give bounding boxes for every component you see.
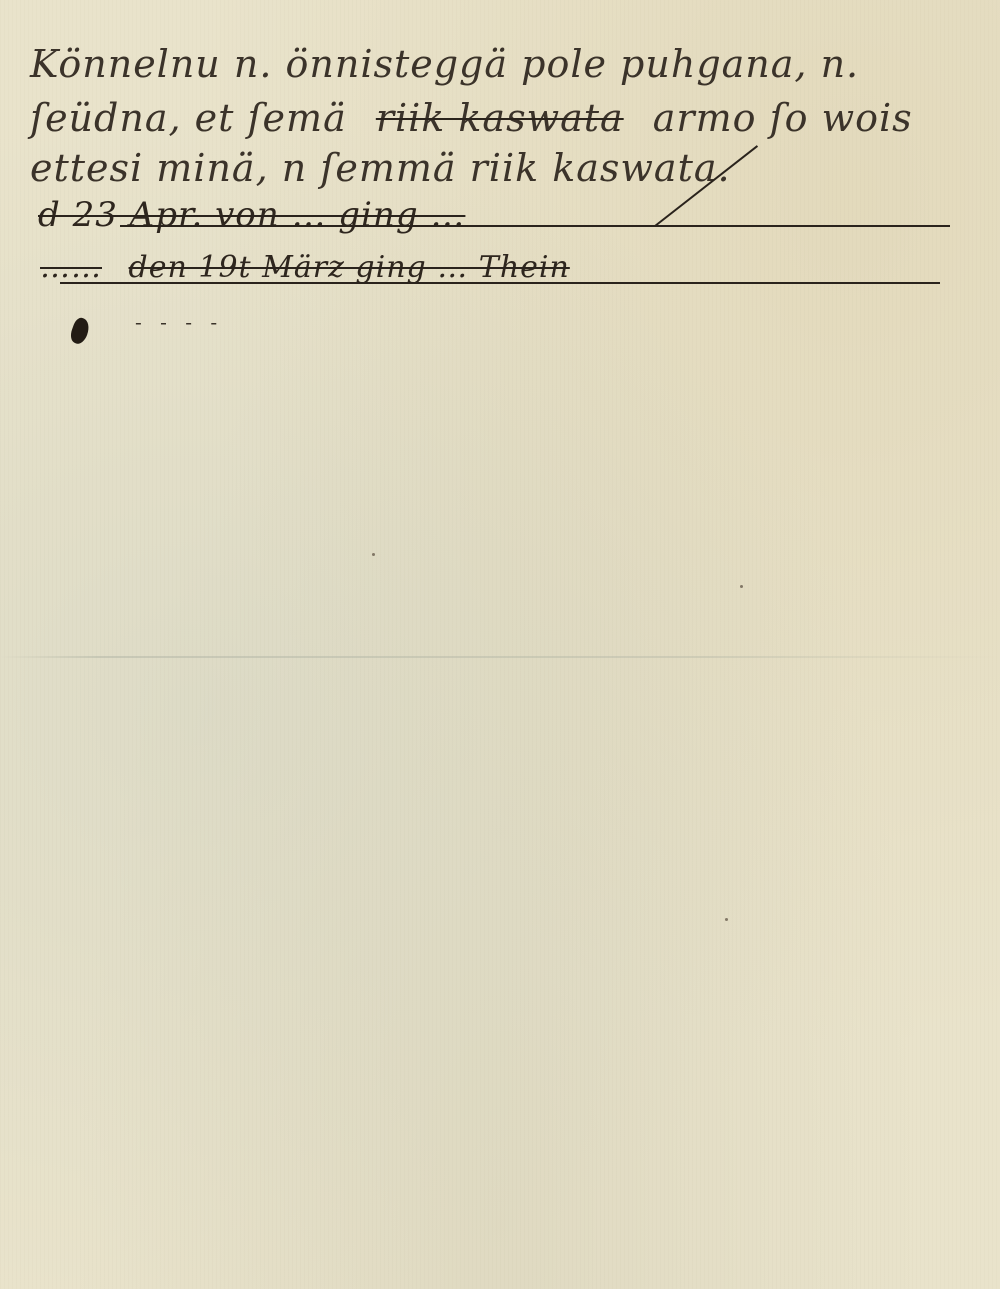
line-2-text-a: ſeüdna, et ſemä <box>30 96 347 140</box>
line-5-struck-text-a: …… <box>40 250 102 285</box>
ink-blot <box>68 316 92 346</box>
line-3-text: ettesi minä, n ſemmä riik kaswata. <box>30 146 731 190</box>
manuscript-line-4-struck: d 23 Apr. von … ging … <box>38 195 481 235</box>
paper-speck <box>740 585 743 588</box>
paper-speck <box>372 553 375 556</box>
manuscript-line-2: ſeüdna, et ſemä riik kaswata armo ſo woi… <box>30 96 929 140</box>
paper-speck <box>725 918 728 921</box>
strikethrough-stroke <box>120 225 950 227</box>
line-2-text-b: armo ſo wois <box>653 96 913 140</box>
trailing-marks: - - - - <box>135 310 223 334</box>
manuscript-line-3: ettesi minä, n ſemmä riik kaswata. <box>30 146 747 190</box>
line-2-struck-text: riik kaswata <box>376 96 624 140</box>
manuscript-line-5-struck: …… den 19t März ging … Thein <box>40 250 586 285</box>
manuscript-page: Könnelnu n. önnisteggä pole puhgana, n. … <box>0 0 1000 1289</box>
line-1-text: Könnelnu n. önnisteggä pole puhgana, n. <box>30 42 859 86</box>
line-5-struck-text-b: den 19t März ging … Thein <box>129 250 570 285</box>
paper-fold-crease <box>0 656 1000 658</box>
manuscript-line-1: Könnelnu n. önnisteggä pole puhgana, n. <box>30 42 875 86</box>
line-4-struck-text: d 23 Apr. von … ging … <box>38 195 465 235</box>
strikethrough-stroke <box>60 282 940 284</box>
